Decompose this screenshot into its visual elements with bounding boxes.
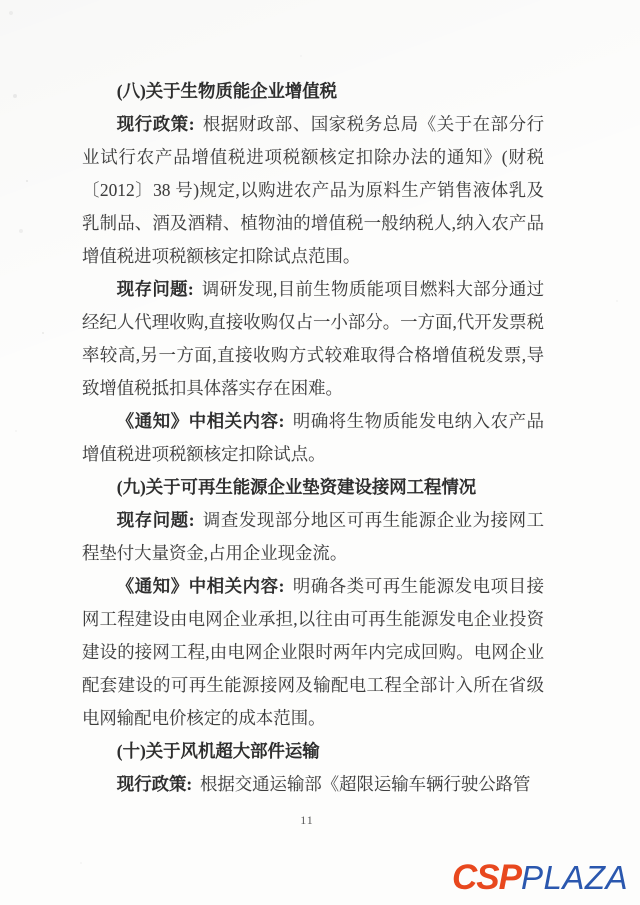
paragraph-text: 明确各类可再生能源发电项目接网工程建设由电网企业承担,以往由可再生能源发电企业投… — [82, 576, 544, 728]
paragraph: 《通知》中相关内容:明确将生物质能发电纳入农产品增值税进项税额核定扣除试点。 — [82, 405, 544, 471]
logo-csp-text: CSP — [452, 858, 521, 897]
paragraph-lead: 现存问题: — [117, 279, 194, 299]
paragraph: 《通知》中相关内容:明确各类可再生能源发电项目接网工程建设由电网企业承担,以往由… — [82, 570, 544, 735]
section-heading: (十)关于风机超大部件运输 — [82, 735, 544, 768]
paragraph: 现行政策:根据交通运输部《超限运输车辆行驶公路管 — [82, 768, 544, 801]
scan-noise-specks — [0, 0, 2, 2]
page-number: 11 — [76, 813, 538, 828]
document-page: (八)关于生物质能企业增值税 现行政策:根据财政部、国家税务总局《关于在部分行业… — [0, 0, 640, 905]
paragraph: 现行政策:根据财政部、国家税务总局《关于在部分行业试行农产品增值税进项税额核定扣… — [82, 108, 544, 273]
paragraph: 现存问题:调研发现,目前生物质能项目燃料大部分通过经纪人代理收购,直接收购仅占一… — [82, 273, 544, 405]
logo-plaza-text: PLAZA — [521, 859, 628, 896]
paragraph-text: 根据交通运输部《超限运输车辆行驶公路管 — [200, 774, 530, 794]
csp-plaza-logo: CSPPLAZA — [452, 860, 628, 895]
paragraph-text: 根据财政部、国家税务总局《关于在部分行业试行农产品增值税进项税额核定扣除办法的通… — [82, 114, 544, 266]
paragraph-lead: 《通知》中相关内容: — [117, 576, 285, 596]
paragraph-lead: 现行政策: — [117, 774, 192, 794]
paragraph-lead: 现存问题: — [117, 510, 195, 530]
paragraph-lead: 《通知》中相关内容: — [117, 411, 285, 431]
document-body: (八)关于生物质能企业增值税 现行政策:根据财政部、国家税务总局《关于在部分行业… — [82, 75, 544, 801]
section-heading: (九)关于可再生能源企业垫资建设接网工程情况 — [82, 471, 544, 504]
paragraph: 现存问题:调查发现部分地区可再生能源企业为接网工程垫付大量资金,占用企业现金流。 — [82, 504, 544, 570]
section-heading: (八)关于生物质能企业增值税 — [82, 75, 544, 108]
paragraph-lead: 现行政策: — [117, 114, 195, 134]
